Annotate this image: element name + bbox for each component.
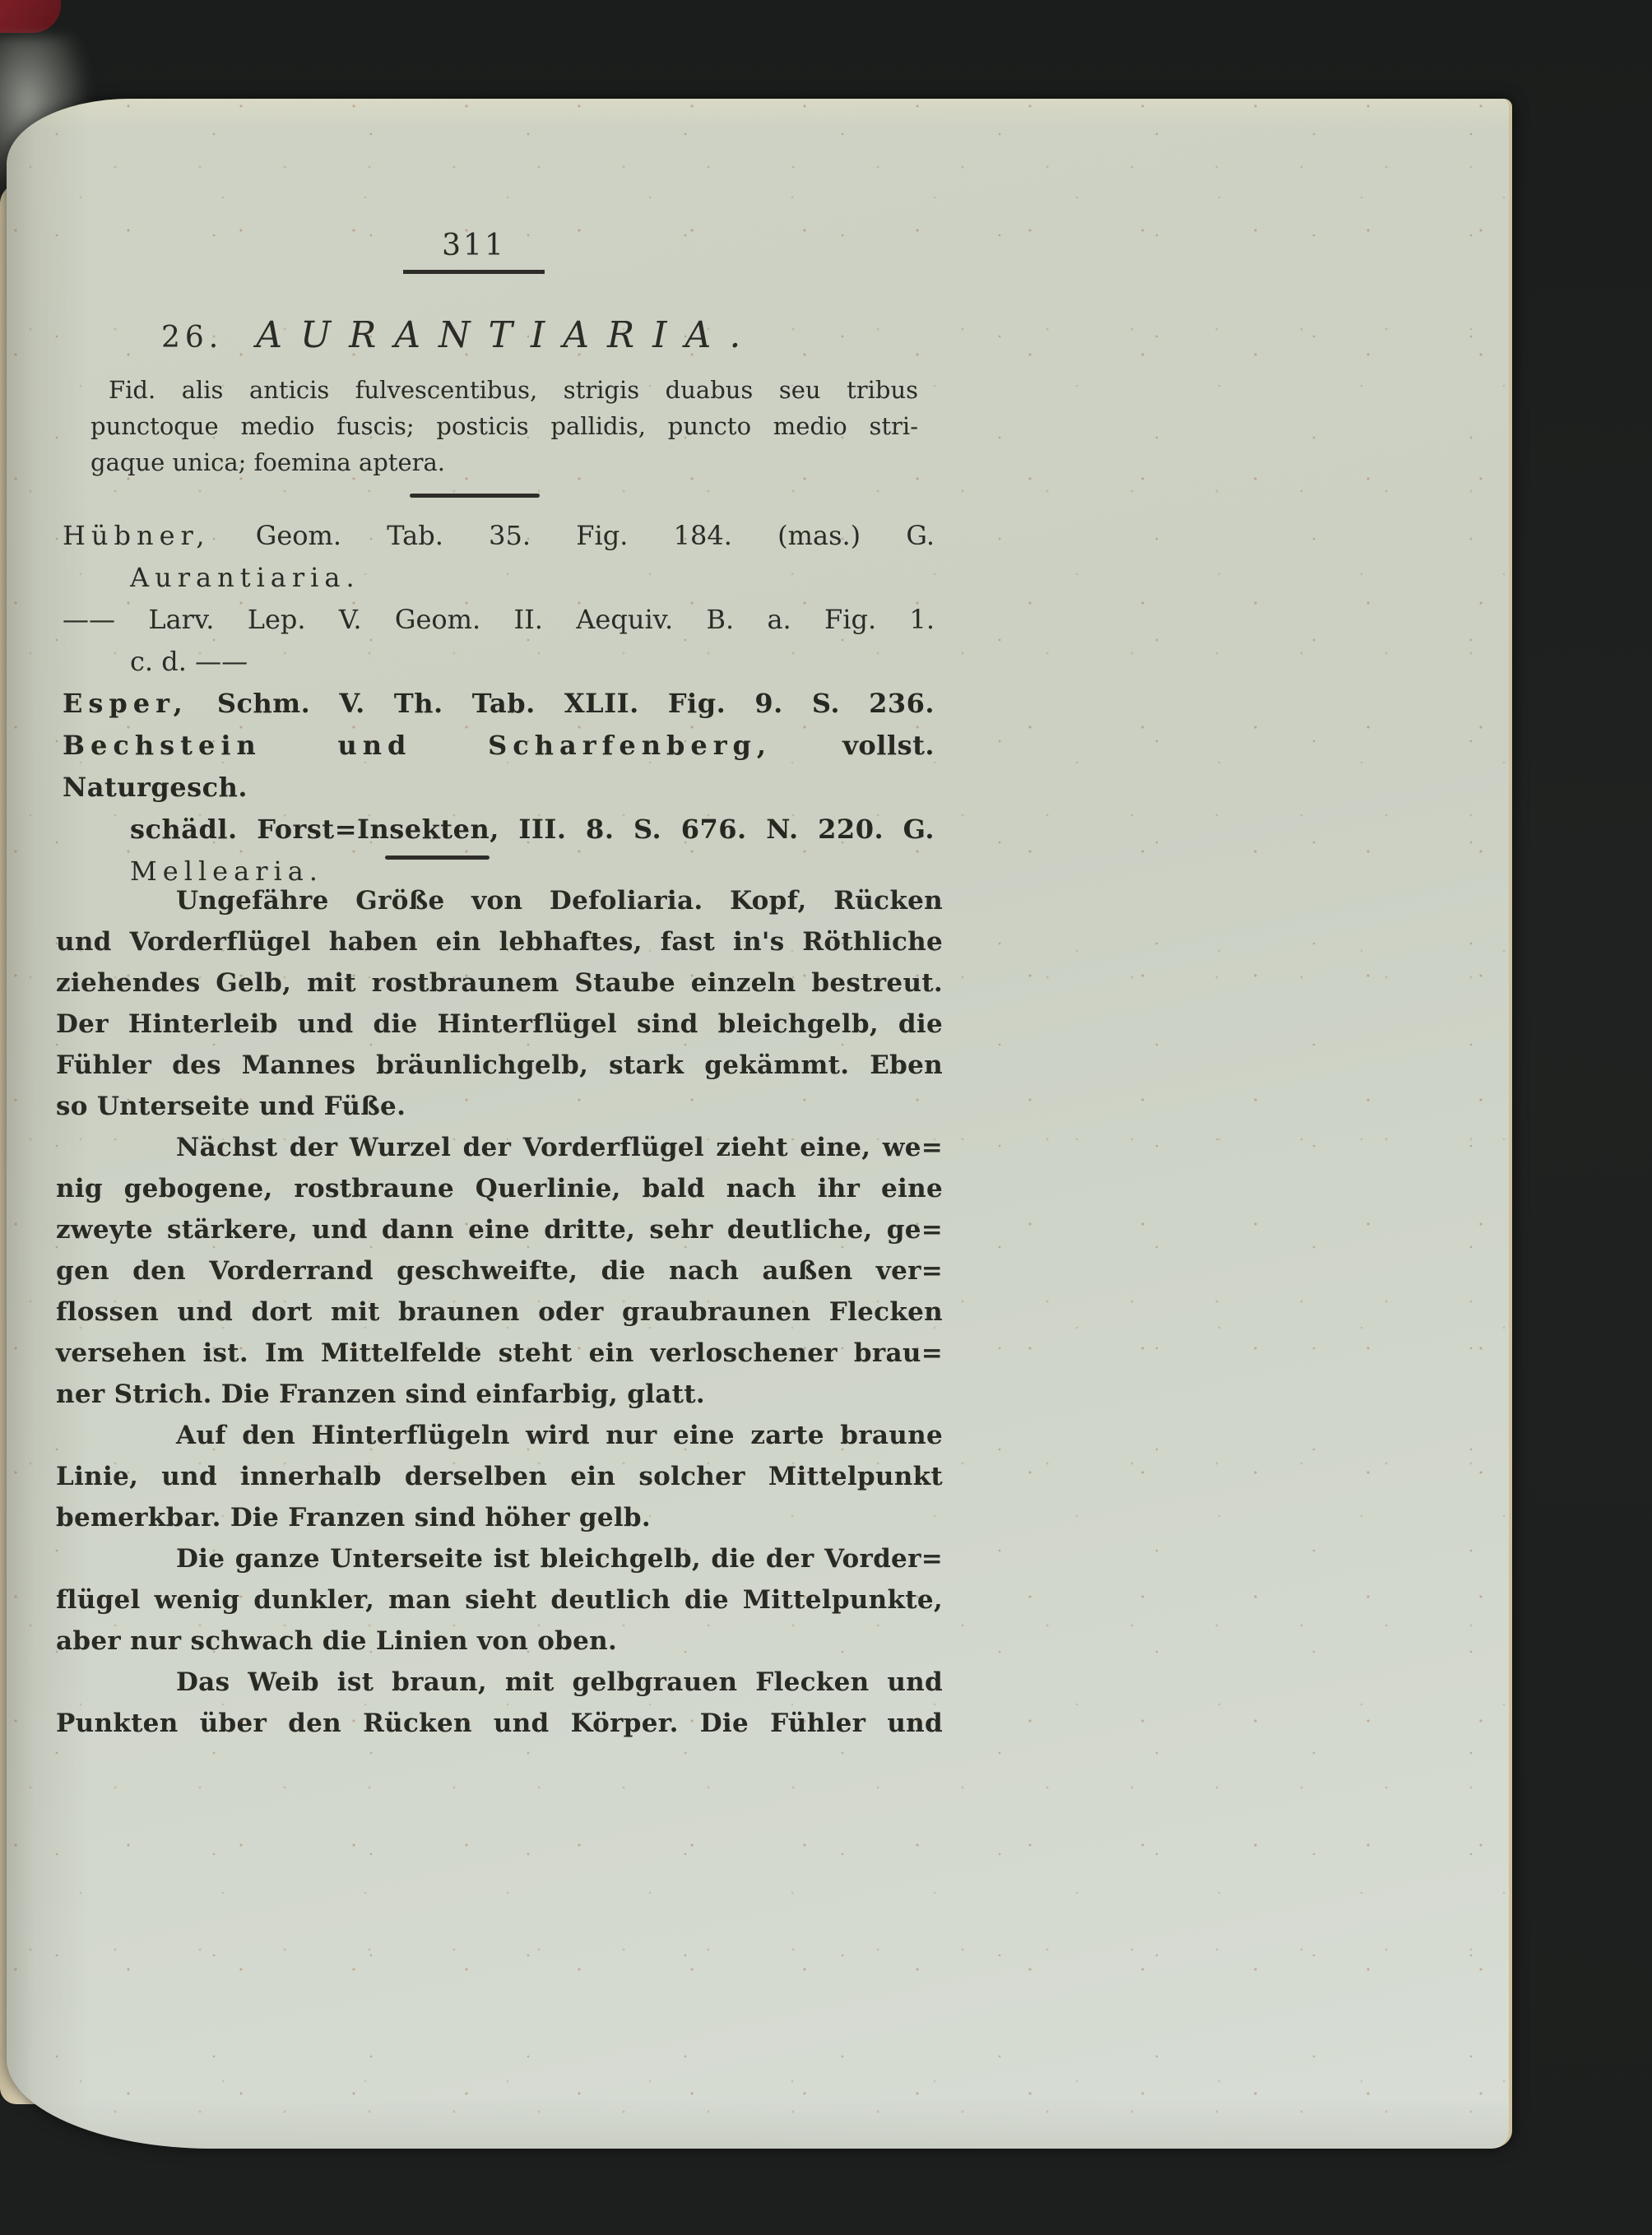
- body-text-line: Das Weib ist braun, mit gelbgrauen Fleck…: [56, 1662, 943, 1703]
- latin-diagnosis-line: punctoque medio fuscis; posticis pallidi…: [90, 408, 918, 444]
- body-text-line: Fühler des Mannes bräunlichgelb, stark g…: [56, 1045, 943, 1086]
- body-text-line: versehen ist. Im Mittelfelde steht ein v…: [56, 1333, 943, 1374]
- section-divider-rule-top: [410, 494, 540, 498]
- body-text-line: bemerkbar. Die Franzen sind höher gelb.: [56, 1497, 943, 1538]
- body-text-line: zweyte stärkere, und dann eine dritte, s…: [56, 1209, 943, 1250]
- body-text-line: so Unterseite und Füße.: [56, 1086, 943, 1127]
- body-text-line: Auf den Hinterflügeln wird nur eine zart…: [56, 1415, 943, 1456]
- reference-line: Aurantiaria.: [63, 557, 935, 599]
- section-divider-rule-middle: [385, 856, 490, 860]
- reference-author: Aurantiaria.: [130, 562, 360, 593]
- body-text-line: Der Hinterleib und die Hinterflügel sind…: [56, 1004, 943, 1045]
- body-text-line: Ungefähre Größe von Defoliaria. Kopf, Rü…: [56, 880, 943, 921]
- body-text-line: ziehendes Gelb, mit rostbraunem Staube e…: [56, 962, 943, 1004]
- reference-author: Hübner,: [63, 520, 211, 551]
- body-text-line: flügel wenig dunkler, man sieht deutlich…: [56, 1579, 943, 1621]
- references-block: Hübner, Geom. Tab. 35. Fig. 184. (mas.) …: [63, 515, 935, 893]
- body-text-line: aber nur schwach die Linien von oben.: [56, 1621, 943, 1662]
- reference-line: c. d. ——: [63, 641, 935, 683]
- body-text-line: ner Strich. Die Franzen sind einfarbig, …: [56, 1374, 943, 1415]
- latin-diagnosis-line: Fid. alis anticis fulvescentibus, strigi…: [90, 372, 918, 408]
- reference-line: schädl. Forst=Insekten, III. 8. S. 676. …: [63, 809, 935, 851]
- body-text-line: Die ganze Unterseite ist bleichgelb, die…: [56, 1538, 943, 1579]
- species-heading: 26.AURANTIARIA.: [161, 314, 759, 356]
- reference-line: Hübner, Geom. Tab. 35. Fig. 184. (mas.) …: [63, 515, 935, 557]
- body-text-line: Nächst der Wurzel der Vorderflügel zieht…: [56, 1127, 943, 1168]
- reference-line: Bechstein und Scharfenberg, vollst. Natu…: [63, 725, 935, 809]
- reference-line: Esper, Schm. V. Th. Tab. XLII. Fig. 9. S…: [63, 683, 935, 725]
- body-text-line: nig gebogene, rostbraune Querlinie, bald…: [56, 1168, 943, 1209]
- body-text-line: Punkten über den Rücken und Körper. Die …: [56, 1703, 943, 1744]
- body-text-line: gen den Vorderrand geschweifte, die nach…: [56, 1250, 943, 1291]
- species-name: AURANTIARIA.: [256, 314, 759, 356]
- reference-line: —— Larv. Lep. V. Geom. II. Aequiv. B. a.…: [63, 599, 935, 641]
- species-index: 26.: [161, 321, 223, 355]
- body-text-line: und Vorderflügel haben ein lebhaftes, fa…: [56, 921, 943, 962]
- page-number: 311: [403, 229, 545, 274]
- body-text-block: Ungefähre Größe von Defoliaria. Kopf, Rü…: [56, 880, 943, 1744]
- book-page: 311 26.AURANTIARIA. Fid. alis anticis fu…: [7, 99, 1512, 2149]
- scanned-book-page-photo: { "page": { "number": "311", "heading": …: [0, 0, 1652, 2235]
- reference-author: Esper,: [63, 688, 188, 719]
- body-text-line: Linie, und innerhalb derselben ein solch…: [56, 1456, 943, 1497]
- latin-diagnosis-line: gaque unica; foemina aptera.: [90, 444, 918, 480]
- body-text-line: flossen und dort mit braunen oder graubr…: [56, 1291, 943, 1333]
- latin-diagnosis: Fid. alis anticis fulvescentibus, strigi…: [90, 372, 918, 480]
- page-number-text: 311: [442, 229, 506, 262]
- reference-author: Bechstein und Scharfenberg,: [63, 730, 772, 761]
